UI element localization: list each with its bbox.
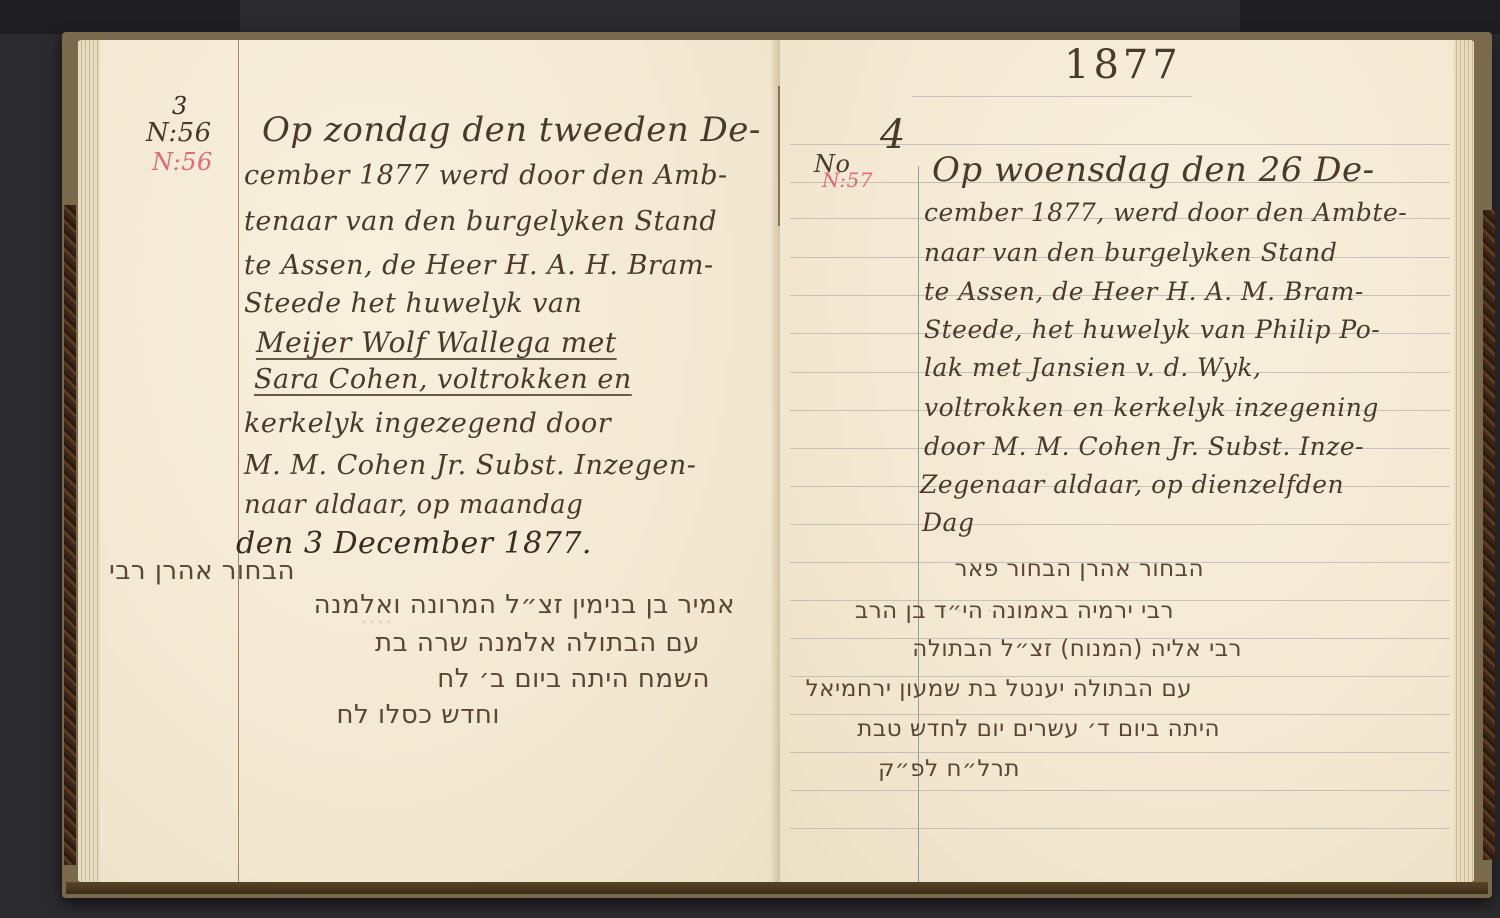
entry-line: M. M. Cohen Jr. Subst. Inzegen- <box>244 450 696 481</box>
entry-line: Op zondag den tweeden De- <box>262 110 761 150</box>
ruled-line <box>790 714 1450 715</box>
ruled-line <box>912 96 1192 97</box>
entry-line: kerkelyk ingezegend door <box>244 408 611 439</box>
hebrew-line: היתה ביום ד׳ עשרים יום לחדש טבת <box>857 716 1220 742</box>
entry-line: Steede het huwelyk van <box>244 288 582 319</box>
entry-line: te Assen, de Heer H. A. M. Bram- <box>924 277 1364 306</box>
hebrew-line: רבי אליה (המנוח) זצ״ל הבתולה <box>912 636 1242 662</box>
entry-line: te Assen, de Heer H. A. H. Bram- <box>244 250 714 281</box>
hebrew-line: וחדש כסלו לח <box>337 700 500 730</box>
entry-line: door M. M. Cohen Jr. Subst. Inze- <box>924 432 1364 461</box>
page-stack-left <box>78 40 102 882</box>
hebrew-line: רבי ירמיה באמונה הי״ד בן הרב <box>855 598 1174 624</box>
entry-line: cember 1877 werd door den Amb- <box>244 160 728 191</box>
ruled-line <box>790 524 1450 525</box>
hebrew-line: השמח היתה ביום ב׳ לח <box>437 664 710 694</box>
entry-line: cember 1877, werd door den Ambte- <box>924 198 1407 227</box>
entry-line-groom: Meijer Wolf Wallega met <box>256 326 617 359</box>
entry-number-red-left: N:56 <box>152 148 213 176</box>
hebrew-line: הבחור אהרן רבי <box>109 556 295 586</box>
backdrop-slot-right <box>1240 0 1500 34</box>
entry-line: Dag <box>922 508 974 537</box>
hebrew-line: עם הבתולה יענטל בת שמעון ירחמיאל <box>806 676 1192 702</box>
left-page-margin-line <box>238 40 239 882</box>
entry-line: Op woensdag den 26 De- <box>932 150 1375 190</box>
hebrew-line: עם הבתולה אלמנה שרה בת <box>375 628 700 658</box>
marbled-edge-right <box>1483 210 1495 860</box>
entry-line: naar van den burgelyken Stand <box>924 238 1337 267</box>
entry-line: tenaar van den burgelyken Stand <box>244 206 717 237</box>
hebrew-line: תרל״ח לפ״ק <box>878 756 1020 782</box>
hebrew-line: אמיר בן בנימין זצ״ל המרונה ואלמנה <box>314 590 735 620</box>
entry-number-ink-left: N:56 <box>146 118 212 148</box>
entry-line: naar aldaar, op maandag <box>244 490 583 520</box>
ruled-line <box>790 752 1450 753</box>
entry-line-groom: Steede, het huwelyk van Philip Po- <box>924 315 1380 344</box>
marbled-edge-left <box>64 205 76 865</box>
hebrew-line: הבחור אהרן הבחור פאר <box>954 556 1204 582</box>
entry-line: voltrokken en kerkelyk inzegening <box>924 393 1379 422</box>
backdrop-slot-left <box>0 0 240 34</box>
page-stack-right <box>1452 40 1474 882</box>
ruled-line <box>790 828 1450 829</box>
entry-number-red-right: N:57 <box>822 168 873 192</box>
entry-line: Zegenaar aldaar, op dienzelfden <box>920 470 1344 499</box>
folio-number-right: 4 <box>880 112 906 158</box>
folio-number-left: 3 <box>172 92 188 120</box>
year-header: 1877 <box>1064 42 1182 88</box>
entry-line-bride: lak met Jansien v. d. Wyk, <box>924 353 1262 382</box>
book-bottom-edge <box>66 882 1488 894</box>
ruled-line <box>790 790 1450 791</box>
entry-line-bride: Sara Cohen, voltrokken en <box>254 364 632 395</box>
